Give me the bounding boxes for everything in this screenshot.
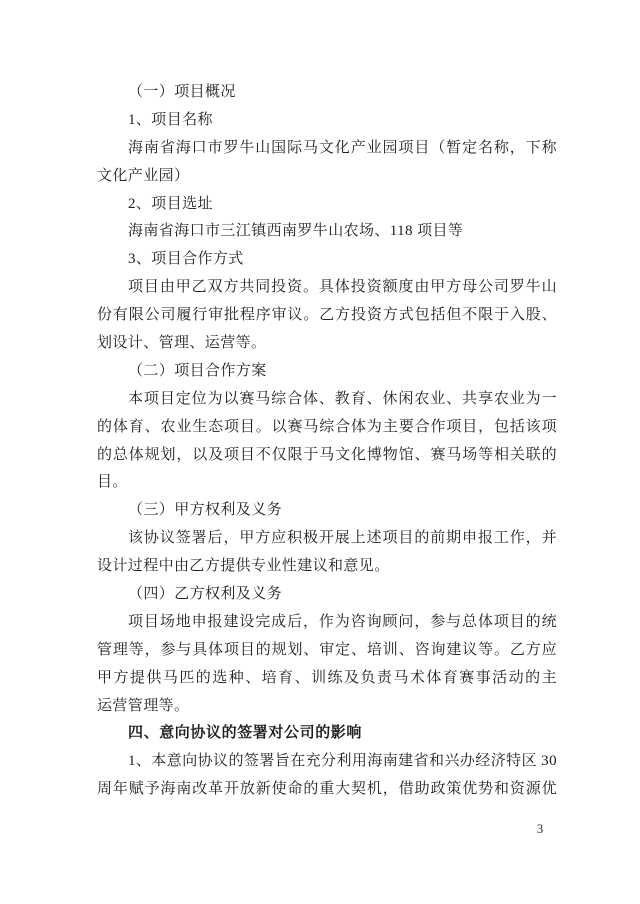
text-line: 本项目定位为以赛马综合体、教育、休闲农业、共享农业为一体 — [97, 386, 557, 414]
text-line: 划设计、管理、运营等。 — [97, 330, 557, 358]
paragraph-8: （二）项目合作方案 — [97, 358, 557, 386]
text-line: 甲方提供马匹的选种、培育、训练及负责马术体育赛事活动的主办、 — [97, 665, 557, 693]
text-line: 运营管理等。 — [97, 693, 557, 721]
text-line: 管理等，参与具体项目的规划、审定、培训、咨询建议等。乙方应向 — [97, 637, 557, 665]
text-line: 1、项目名称 — [97, 107, 557, 135]
text-line: （一）项目概况 — [97, 79, 557, 107]
text-line: 文化产业园） — [97, 163, 557, 191]
text-line: 周年赋予海南改革开放新使命的重大契机，借助政策优势和资源优势， — [97, 776, 557, 804]
page-number: 3 — [528, 822, 552, 837]
text-line: 海南省海口市罗牛山国际马文化产业园项目（暂定名称，下称马 — [97, 135, 557, 163]
paragraph-4: 2、项目选址 — [97, 191, 557, 219]
paragraph-15: 1、本意向协议的签署旨在充分利用海南建省和兴办经济特区 30周年赋予海南改革开放… — [97, 748, 557, 804]
text-line: 2、项目选址 — [97, 191, 557, 219]
paragraph-10: （三）甲方权利及义务 — [97, 497, 557, 525]
document-page: （一）项目概况1、项目名称海南省海口市罗牛山国际马文化产业园项目（暂定名称，下称… — [0, 0, 640, 904]
paragraph-11: 该协议签署后，甲方应积极开展上述项目的前期申报工作，并在设计过程中由乙方提供专业… — [97, 525, 557, 581]
text-line: 的总体规划，以及项目不仅限于马文化博物馆、赛马场等相关联的项 — [97, 442, 557, 470]
text-line: 份有限公司履行审批程序审议。乙方投资方式包括但不限于入股、规 — [97, 302, 557, 330]
paragraph-2: 1、项目名称 — [97, 107, 557, 135]
paragraph-6: 3、项目合作方式 — [97, 246, 557, 274]
paragraph-5: 海南省海口市三江镇西南罗牛山农场、118 项目等 — [97, 218, 557, 246]
text-line: 海南省海口市三江镇西南罗牛山农场、118 项目等 — [97, 218, 557, 246]
paragraph-14: 四、意向协议的签署对公司的影响 — [97, 720, 557, 748]
text-line: 该协议签署后，甲方应积极开展上述项目的前期申报工作，并在 — [97, 525, 557, 553]
text-line: 项目由甲乙双方共同投资。具体投资额度由甲方母公司罗牛山股 — [97, 274, 557, 302]
text-line: 1、本意向协议的签署旨在充分利用海南建省和兴办经济特区 30 — [97, 748, 557, 776]
text-line: 3、项目合作方式 — [97, 246, 557, 274]
paragraph-9: 本项目定位为以赛马综合体、教育、休闲农业、共享农业为一体的体育、农业生态项目。以… — [97, 386, 557, 498]
text-line: （二）项目合作方案 — [97, 358, 557, 386]
document-body: （一）项目概况1、项目名称海南省海口市罗牛山国际马文化产业园项目（暂定名称，下称… — [97, 79, 557, 804]
paragraph-7: 项目由甲乙双方共同投资。具体投资额度由甲方母公司罗牛山股份有限公司履行审批程序审… — [97, 274, 557, 358]
text-line: 四、意向协议的签署对公司的影响 — [97, 720, 557, 748]
paragraph-3: 海南省海口市罗牛山国际马文化产业园项目（暂定名称，下称马文化产业园） — [97, 135, 557, 191]
text-line: 的体育、农业生态项目。以赛马综合体为主要合作项目，包括该项目 — [97, 414, 557, 442]
paragraph-13: 项目场地申报建设完成后，作为咨询顾问，参与总体项目的统筹、管理等，参与具体项目的… — [97, 609, 557, 721]
text-line: （四）乙方权利及义务 — [97, 581, 557, 609]
text-line: （三）甲方权利及义务 — [97, 497, 557, 525]
paragraph-12: （四）乙方权利及义务 — [97, 581, 557, 609]
paragraph-1: （一）项目概况 — [97, 79, 557, 107]
text-line: 设计过程中由乙方提供专业性建议和意见。 — [97, 553, 557, 581]
text-line: 项目场地申报建设完成后，作为咨询顾问，参与总体项目的统筹、 — [97, 609, 557, 637]
text-line: 目。 — [97, 469, 557, 497]
